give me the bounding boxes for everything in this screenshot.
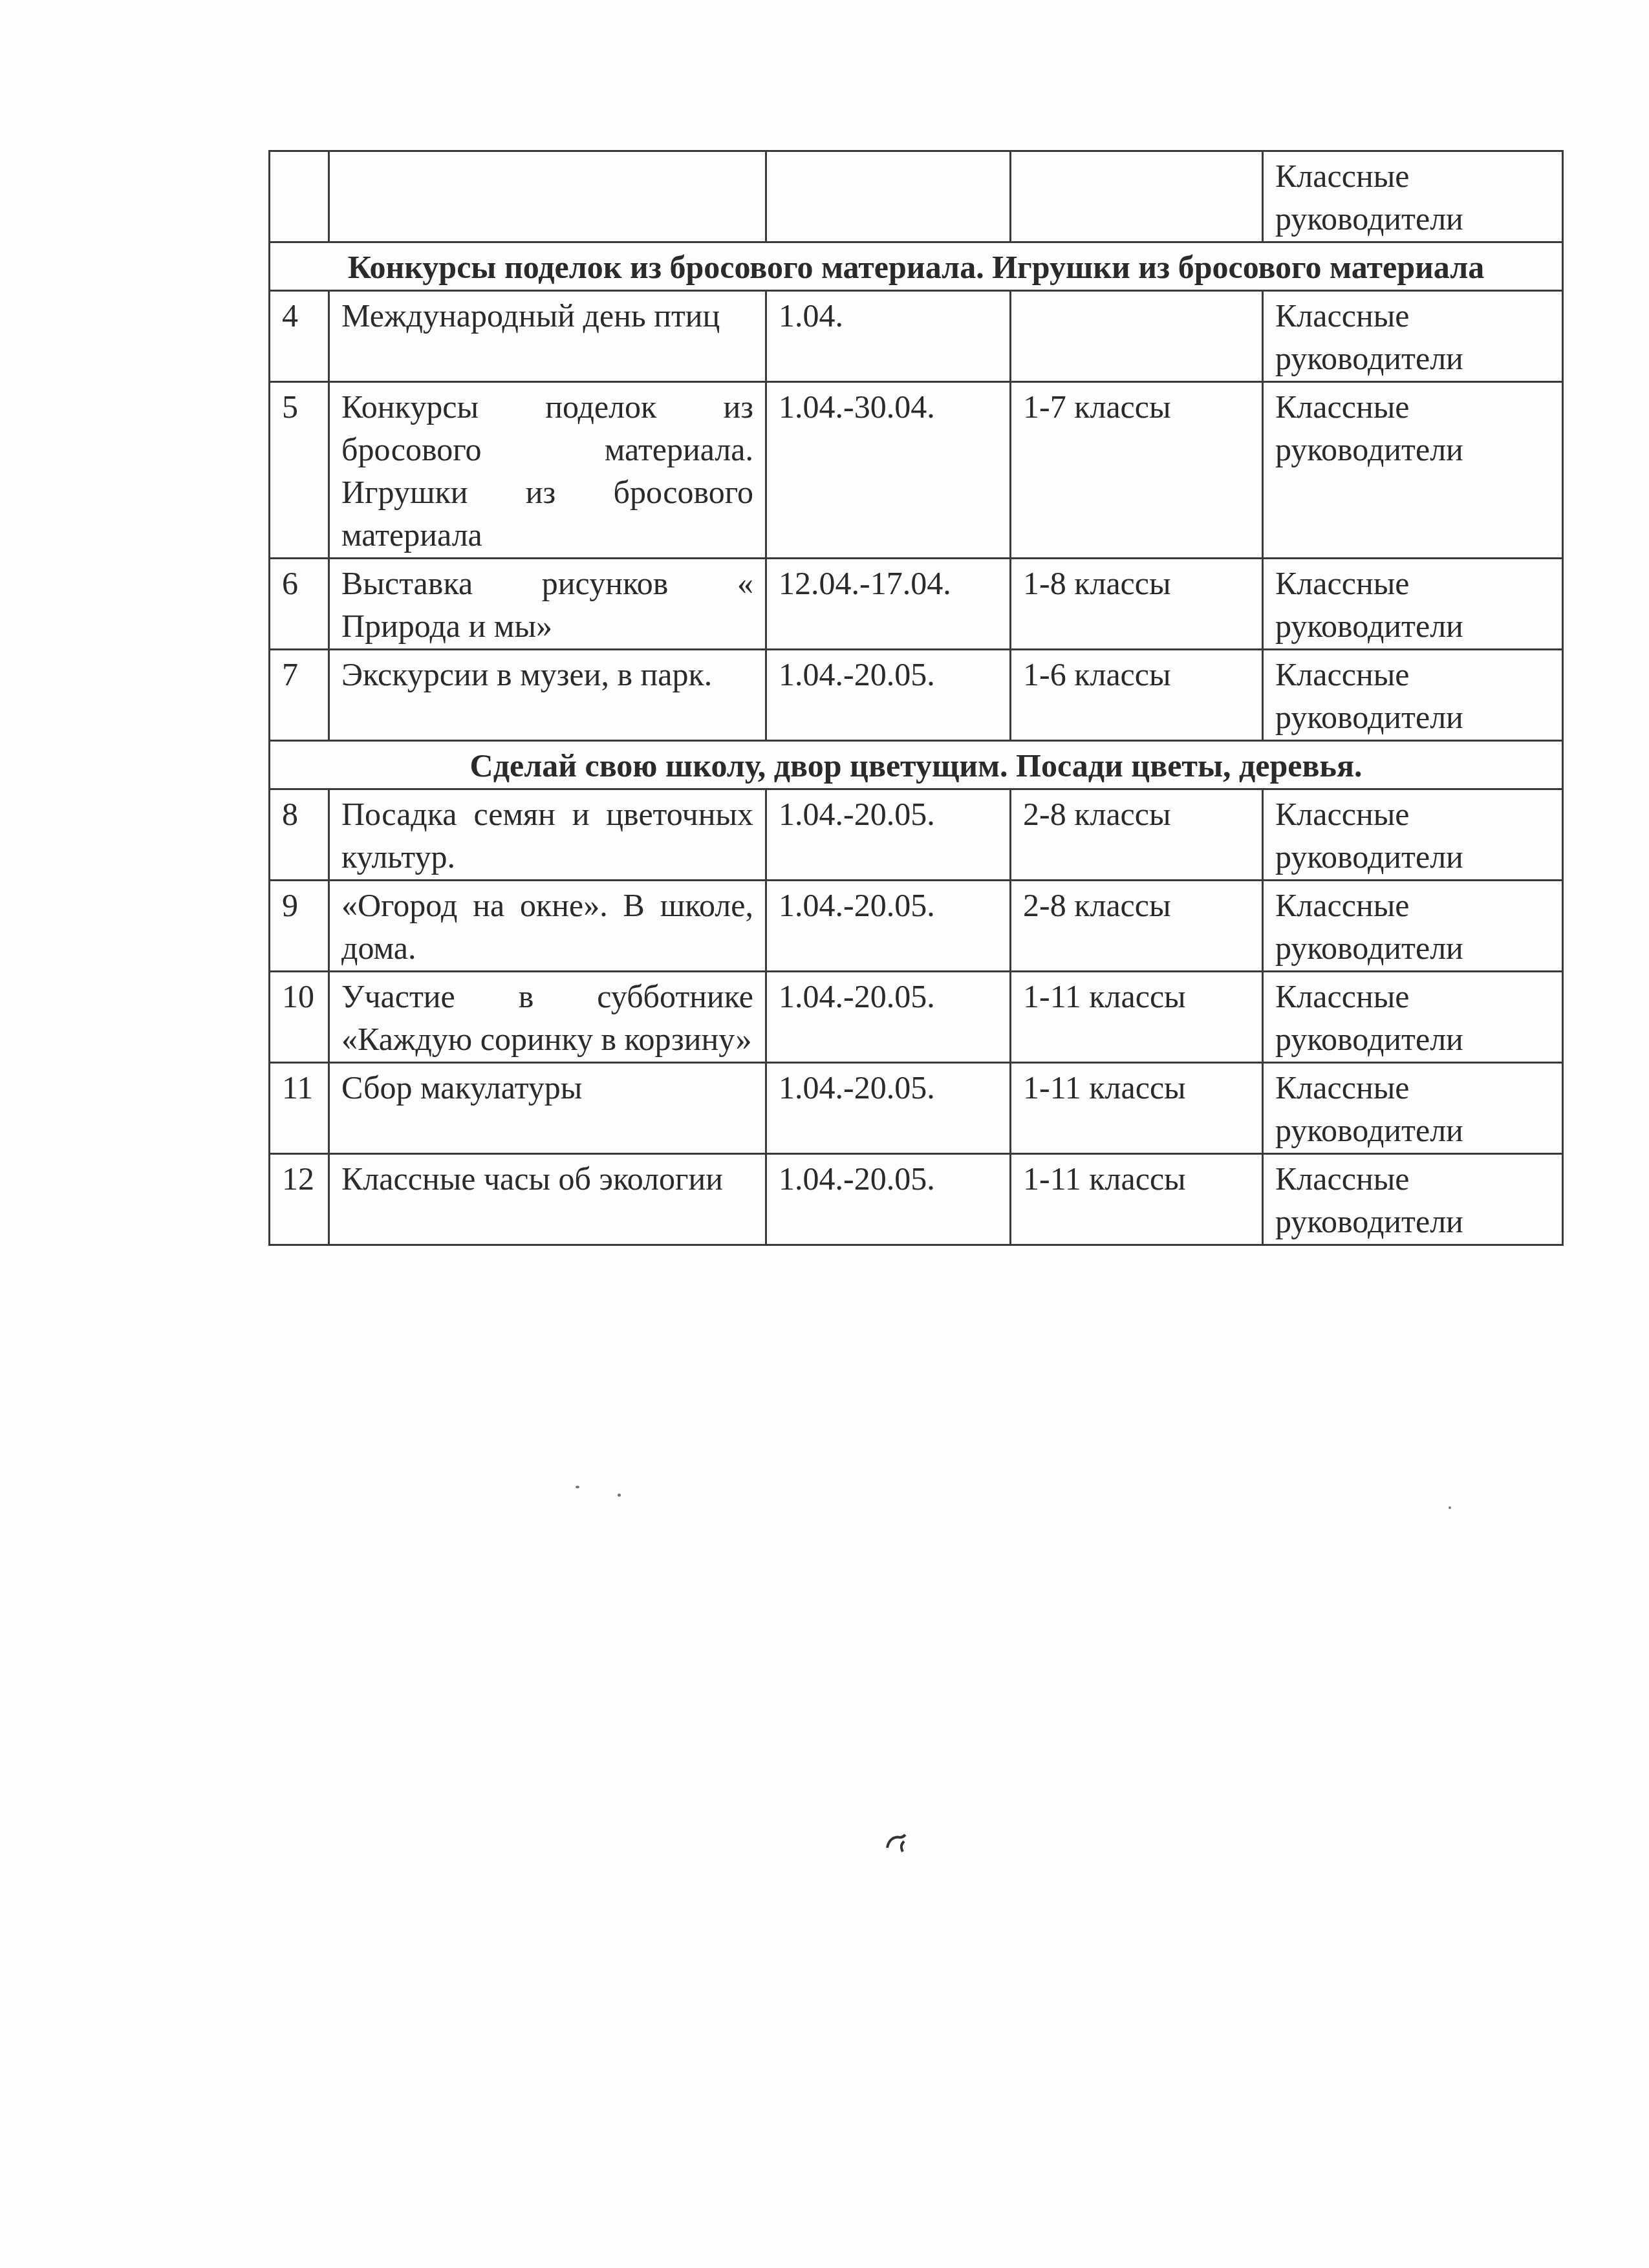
- cell-event: [329, 151, 766, 242]
- cell-classes: 1-6 классы: [1011, 650, 1263, 741]
- cell-responsible: Классные руководители: [1263, 650, 1563, 741]
- cell-event: Выставка рисунков « Природа и мы»: [329, 559, 766, 650]
- cell-classes: [1011, 151, 1263, 242]
- section-heading: Конкурсы поделок из бросового материала.…: [270, 242, 1563, 291]
- scan-speck: [576, 1486, 579, 1488]
- cell-classes: 2-8 классы: [1011, 789, 1263, 881]
- table-row: 5Конкурсы поделок из бросового материала…: [270, 382, 1563, 559]
- cell-event: Конкурсы поделок из бросового материала.…: [329, 382, 766, 559]
- cell-event: Классные часы об экологии: [329, 1154, 766, 1245]
- cell-responsible: Классные руководители: [1263, 1063, 1563, 1154]
- scan-speck: [1449, 1506, 1451, 1509]
- table-row: 4Международный день птиц1.04.Классные ру…: [270, 291, 1563, 382]
- cell-classes: 1-8 классы: [1011, 559, 1263, 650]
- table-row: 7Экскурсии в музеи, в парк.1.04.-20.05.1…: [270, 650, 1563, 741]
- cell-classes: 1-11 классы: [1011, 1154, 1263, 1245]
- table-row: 11Сбор макулатуры1.04.-20.05.1-11 классы…: [270, 1063, 1563, 1154]
- cell-date: 1.04.-20.05.: [766, 650, 1011, 741]
- cell-classes: 1-11 классы: [1011, 1063, 1263, 1154]
- cell-classes: 1-11 классы: [1011, 972, 1263, 1063]
- cell-responsible: Классные руководители: [1263, 382, 1563, 559]
- cell-num: 9: [270, 881, 329, 972]
- table-row: 8Посадка семян и цветочных культур.1.04.…: [270, 789, 1563, 881]
- cell-num: 7: [270, 650, 329, 741]
- cell-classes: 2-8 классы: [1011, 881, 1263, 972]
- cell-num: 10: [270, 972, 329, 1063]
- cell-num: 11: [270, 1063, 329, 1154]
- cell-num: 5: [270, 382, 329, 559]
- cell-responsible: Классные руководители: [1263, 291, 1563, 382]
- cell-event: Посадка семян и цветочных культур.: [329, 789, 766, 881]
- cell-event: Экскурсии в музеи, в парк.: [329, 650, 766, 741]
- cell-date: 1.04.: [766, 291, 1011, 382]
- cell-responsible: Классные руководители: [1263, 881, 1563, 972]
- section-row: Конкурсы поделок из бросового материала.…: [270, 242, 1563, 291]
- table-row: 9«Огород на окне». В школе, дома.1.04.-2…: [270, 881, 1563, 972]
- cell-date: 1.04.-20.05.: [766, 881, 1011, 972]
- cell-date: [766, 151, 1011, 242]
- cell-responsible: Классные руководители: [1263, 972, 1563, 1063]
- cell-event: Международный день птиц: [329, 291, 766, 382]
- cell-num: 12: [270, 1154, 329, 1245]
- cell-date: 1.04.-20.05.: [766, 1063, 1011, 1154]
- table-row: 6Выставка рисунков « Природа и мы»12.04.…: [270, 559, 1563, 650]
- table-row: Классные руководители: [270, 151, 1563, 242]
- table-row: 12Классные часы об экологии1.04.-20.05.1…: [270, 1154, 1563, 1245]
- cell-responsible: Классные руководители: [1263, 1154, 1563, 1245]
- cell-num: 4: [270, 291, 329, 382]
- cell-date: 1.04.-20.05.: [766, 972, 1011, 1063]
- cell-num: 8: [270, 789, 329, 881]
- cell-event: Участие в субботнике «Каждую соринку в к…: [329, 972, 766, 1063]
- cell-responsible: Классные руководители: [1263, 559, 1563, 650]
- cell-classes: [1011, 291, 1263, 382]
- cell-event: «Огород на окне». В школе, дома.: [329, 881, 766, 972]
- cell-event: Сбор макулатуры: [329, 1063, 766, 1154]
- scan-speck: [618, 1493, 621, 1497]
- page-number-mark: [885, 1830, 911, 1856]
- cell-num: 6: [270, 559, 329, 650]
- table-row: 10Участие в субботнике «Каждую соринку в…: [270, 972, 1563, 1063]
- cell-responsible: Классные руководители: [1263, 789, 1563, 881]
- cell-date: 1.04.-30.04.: [766, 382, 1011, 559]
- section-row: Сделай свою школу, двор цветущим. Посади…: [270, 741, 1563, 789]
- event-plan-table: Классные руководители Конкурсы поделок и…: [268, 150, 1564, 1246]
- cell-date: 1.04.-20.05.: [766, 789, 1011, 881]
- cell-num: [270, 151, 329, 242]
- scanned-page: Классные руководители Конкурсы поделок и…: [0, 0, 1649, 2268]
- cell-date: 1.04.-20.05.: [766, 1154, 1011, 1245]
- section-heading: Сделай свою школу, двор цветущим. Посади…: [270, 741, 1563, 789]
- cell-date: 12.04.-17.04.: [766, 559, 1011, 650]
- cell-classes: 1-7 классы: [1011, 382, 1263, 559]
- cell-responsible: Классные руководители: [1263, 151, 1563, 242]
